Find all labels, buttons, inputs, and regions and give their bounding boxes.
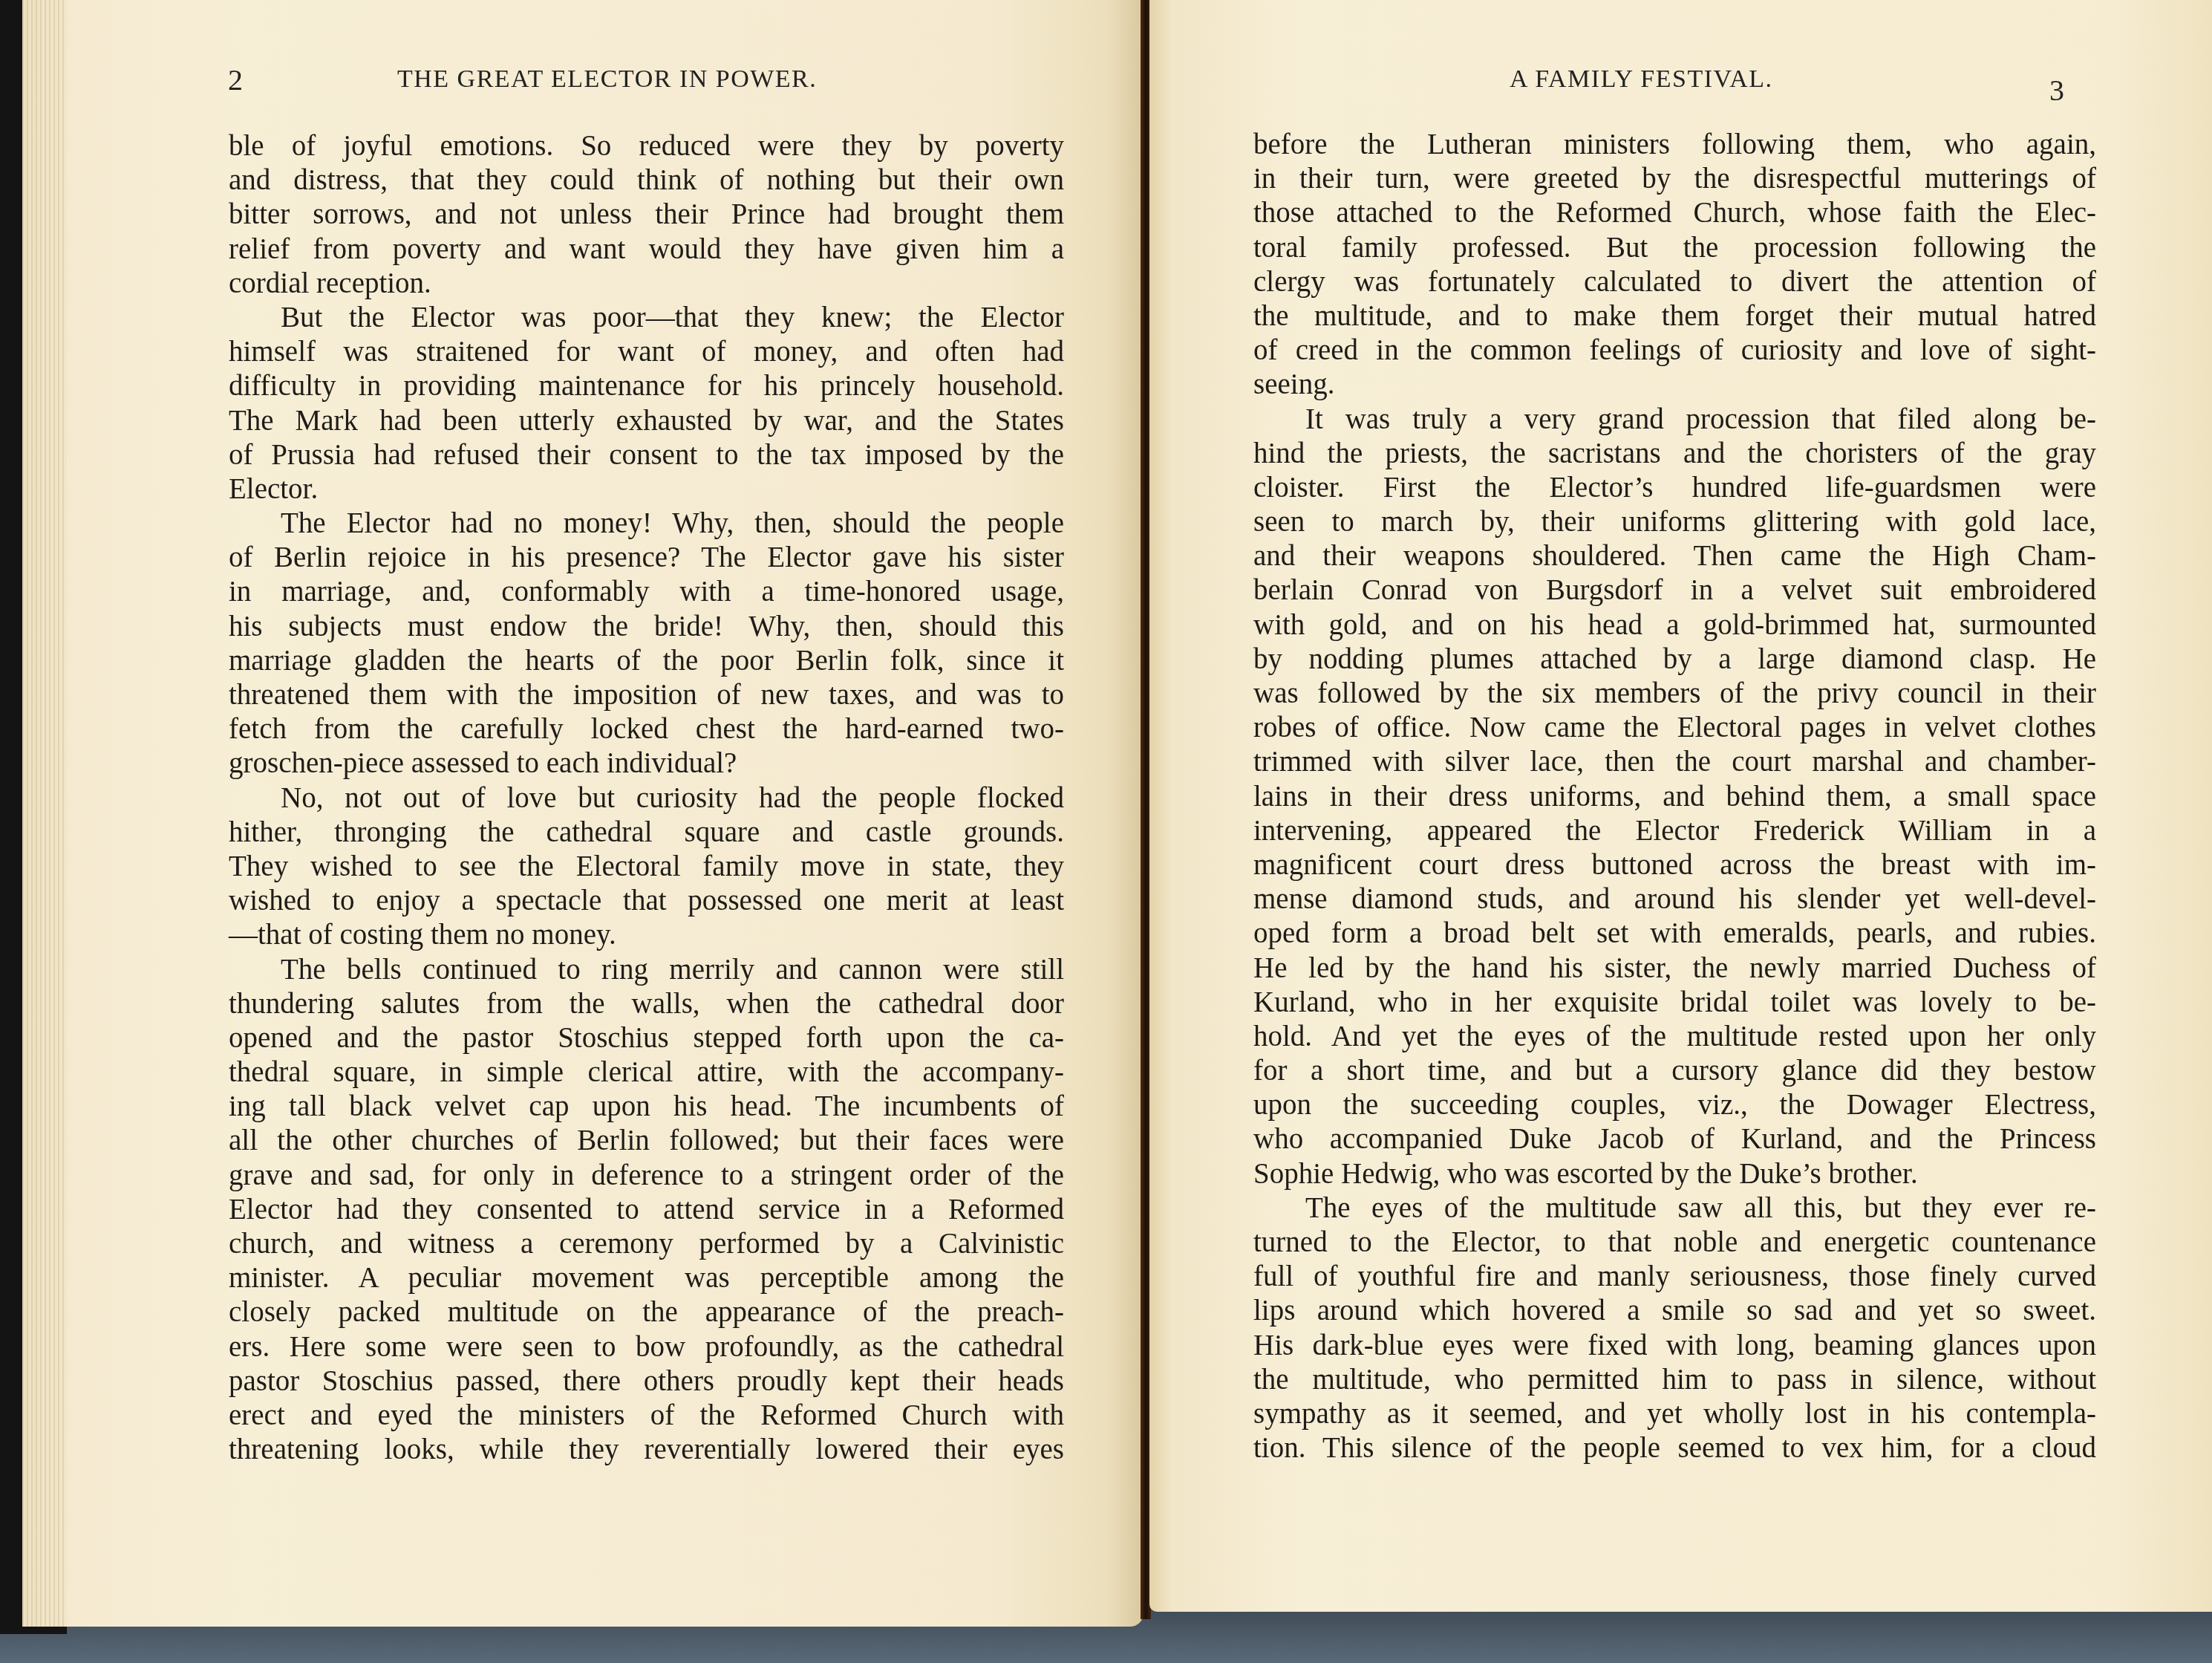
- text-line: seeing.: [1253, 368, 2096, 402]
- text-line: cloister. First the Elector’s hundred li…: [1253, 471, 2096, 505]
- text-line: himself was straitened for want of money…: [229, 335, 1064, 369]
- text-line: threatening looks, while they reverentia…: [229, 1433, 1064, 1467]
- text-line: thedral square, in simple clerical attir…: [229, 1055, 1064, 1090]
- text-line: all the other churches of Berlin followe…: [229, 1124, 1064, 1158]
- text-line: before the Lutheran ministers following …: [1253, 128, 2096, 162]
- text-line: relief from poverty and want would they …: [229, 232, 1064, 267]
- text-line: His dark-blue eyes were fixed with long,…: [1253, 1329, 2096, 1363]
- text-line: ers. Here some were seen to bow profound…: [229, 1330, 1064, 1364]
- text-line: bitter sorrows, and not unless their Pri…: [229, 198, 1064, 232]
- text-line: minister. A peculiar movement was percep…: [229, 1261, 1064, 1295]
- text-line: by nodding plumes attached by a large di…: [1253, 642, 2096, 677]
- text-line: of Prussia had refused their consent to …: [229, 438, 1064, 472]
- text-line: closely packed multitude on the appearan…: [229, 1295, 1064, 1330]
- right-page-body: before the Lutheran ministers following …: [1253, 128, 2096, 1465]
- text-line: erect and eyed the ministers of the Refo…: [229, 1399, 1064, 1433]
- text-line: hither, thronging the cathedral square a…: [229, 816, 1064, 850]
- text-line: ble of joyful emotions. So reduced were …: [229, 129, 1064, 163]
- text-line: the multitude, and to make them forget t…: [1253, 299, 2096, 333]
- text-line: The bells continued to ring merrily and …: [229, 953, 1064, 987]
- text-line: The eyes of the multitude saw all this, …: [1253, 1191, 2096, 1226]
- left-page-body: ble of joyful emotions. So reduced were …: [229, 129, 1064, 1467]
- text-line: full of youthful fire and manly seriousn…: [1253, 1260, 2096, 1294]
- text-line: fetch from the carefully locked chest th…: [229, 712, 1064, 746]
- text-line: berlain Conrad von Burgsdorf in a velvet…: [1253, 573, 2096, 608]
- text-line: sympathy as it seemed, and yet wholly lo…: [1253, 1397, 2096, 1431]
- text-line: in their turn, were greeted by the disre…: [1253, 162, 2096, 196]
- text-line: The Mark had been utterly exhausted by w…: [229, 404, 1064, 438]
- text-line: grave and sad, for only in deference to …: [229, 1159, 1064, 1193]
- text-line: It was truly a very grand procession tha…: [1253, 403, 2096, 437]
- text-line: Kurland, who in her exquisite bridal toi…: [1253, 986, 2096, 1020]
- running-head-left: THE GREAT ELECTOR IN POWER.: [397, 65, 817, 94]
- text-line: opened and the pastor Stoschius stepped …: [229, 1021, 1064, 1055]
- text-line: mense diamond studs, and around his slen…: [1253, 882, 2096, 917]
- page-number-left: 2: [228, 62, 243, 97]
- text-line: those attached to the Reformed Church, w…: [1253, 196, 2096, 230]
- text-line: No, not out of love but curiosity had th…: [229, 781, 1064, 816]
- text-line: who accompanied Duke Jacob of Kurland, a…: [1253, 1122, 2096, 1156]
- text-line: turned to the Elector, to that noble and…: [1253, 1226, 2096, 1260]
- text-line: Sophie Hedwig, who was escorted by the D…: [1253, 1157, 2096, 1191]
- text-line: marriage gladden the hearts of the poor …: [229, 644, 1064, 678]
- text-line: groschen-piece assessed to each individu…: [229, 746, 1064, 781]
- text-line: was followed by the six members of the p…: [1253, 677, 2096, 711]
- text-line: hold. And yet the eyes of the multitude …: [1253, 1020, 2096, 1054]
- text-line: hind the priests, the sacristans and the…: [1253, 437, 2096, 471]
- text-line: oped form a broad belt set with emeralds…: [1253, 917, 2096, 951]
- text-line: clergy was fortunately calculated to div…: [1253, 265, 2096, 299]
- text-line: for a short time, and but a cursory glan…: [1253, 1054, 2096, 1088]
- text-line: Elector had they consented to attend ser…: [229, 1193, 1064, 1227]
- text-line: Elector.: [229, 472, 1064, 507]
- text-line: The Elector had no money! Why, then, sho…: [229, 507, 1064, 541]
- text-line: But the Elector was poor—that they knew;…: [229, 301, 1064, 335]
- text-line: and their weapons shouldered. Then came …: [1253, 539, 2096, 573]
- text-line: cordial reception.: [229, 267, 1064, 301]
- text-line: threatened them with the imposition of n…: [229, 678, 1064, 712]
- text-line: church, and witness a ceremony performed…: [229, 1227, 1064, 1261]
- text-line: ing tall black velvet cap upon his head.…: [229, 1090, 1064, 1124]
- text-line: his subjects must endow the bride! Why, …: [229, 610, 1064, 644]
- text-line: —that of costing them no money.: [229, 918, 1064, 952]
- right-page: A FAMILY FESTIVAL. 3 before the Lutheran…: [1149, 0, 2212, 1612]
- text-line: seen to march by, their uniforms glitter…: [1253, 505, 2096, 539]
- text-line: wished to enjoy a spectacle that possess…: [229, 884, 1064, 918]
- text-line: thundering salutes from the walls, when …: [229, 987, 1064, 1021]
- text-line: They wished to see the Electoral family …: [229, 850, 1064, 884]
- text-line: of Berlin rejoice in his presence? The E…: [229, 541, 1064, 575]
- left-page: 2 THE GREAT ELECTOR IN POWER. ble of joy…: [22, 0, 1143, 1627]
- page-number-right: 3: [2049, 73, 2064, 108]
- text-line: robes of office. Now came the Electoral …: [1253, 711, 2096, 745]
- text-line: and distress, that they could think of n…: [229, 163, 1064, 198]
- text-line: upon the succeeding couples, viz., the D…: [1253, 1088, 2096, 1122]
- running-head-right: A FAMILY FESTIVAL.: [1510, 65, 1773, 94]
- text-line: of creed in the common feelings of curio…: [1253, 333, 2096, 368]
- text-line: trimmed with silver lace, then the court…: [1253, 745, 2096, 779]
- text-line: lips around which hovered a smile so sad…: [1253, 1294, 2096, 1328]
- text-line: difficulty in providing maintenance for …: [229, 369, 1064, 403]
- text-line: toral family professed. But the processi…: [1253, 231, 2096, 265]
- text-line: He led by the hand his sister, the newly…: [1253, 951, 2096, 986]
- text-line: the multitude, who permitted him to pass…: [1253, 1363, 2096, 1397]
- text-line: magnificent court dress buttoned across …: [1253, 848, 2096, 882]
- text-line: with gold, and on his head a gold-brimme…: [1253, 608, 2096, 642]
- text-line: intervening, appeared the Elector Freder…: [1253, 814, 2096, 848]
- text-line: in marriage, and, conformably with a tim…: [229, 575, 1064, 609]
- text-line: tion. This silence of the people seemed …: [1253, 1431, 2096, 1465]
- text-line: lains in their dress uniforms, and behin…: [1253, 780, 2096, 814]
- text-line: pastor Stoschius passed, there others pr…: [229, 1364, 1064, 1399]
